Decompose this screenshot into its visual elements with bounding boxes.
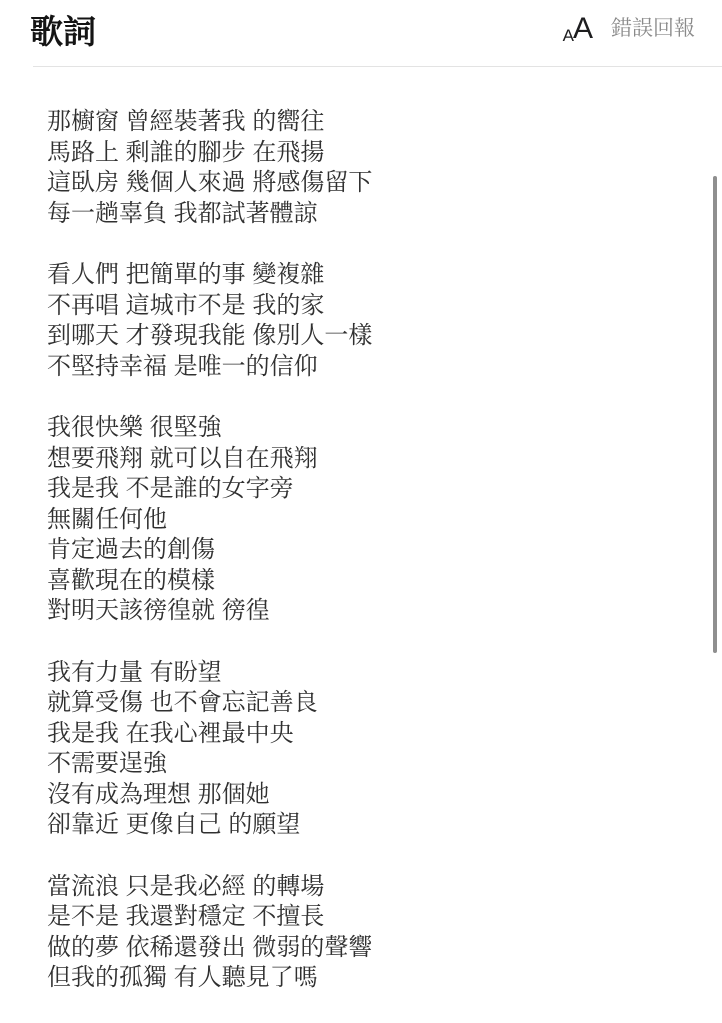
lyric-line: 每一趟辜負 我都試著體諒 (47, 199, 372, 230)
lyric-line: 沒有成為理想 那個她 (47, 780, 372, 811)
header-actions: A A 錯誤回報 (563, 14, 695, 44)
stanza: 我很快樂 很堅強想要飛翔 就可以自在飛翔我是我 不是誰的女字旁無關任何他肯定過去… (47, 413, 372, 627)
lyric-line: 看人們 把簡單的事 變複雜 (47, 260, 372, 291)
lyric-line: 喜歡現在的模樣 (47, 566, 372, 597)
text-size-icon[interactable]: A A (563, 14, 593, 44)
text-size-icon-large-a: A (573, 14, 593, 44)
header-divider (33, 66, 722, 67)
lyrics-screen: 歌詞 A A 錯誤回報 那櫥窗 曾經裝著我 的嚮往馬路上 剩誰的腳步 在飛揚這臥… (0, 0, 722, 1023)
lyric-line: 是不是 我還對穩定 不擅長 (47, 902, 372, 933)
error-report-link[interactable]: 錯誤回報 (611, 14, 695, 44)
scrollbar-thumb[interactable] (713, 176, 717, 653)
lyric-line: 想要飛翔 就可以自在飛翔 (47, 444, 372, 475)
lyric-line: 對明天該徬徨就 徬徨 (47, 596, 372, 627)
stanza: 那櫥窗 曾經裝著我 的嚮往馬路上 剩誰的腳步 在飛揚這臥房 幾個人來過 將感傷留… (47, 107, 372, 229)
lyric-line: 卻靠近 更像自己 的願望 (47, 810, 372, 841)
lyric-line: 不需要逞強 (47, 749, 372, 780)
lyric-line: 無關任何他 (47, 505, 372, 536)
lyric-line: 到哪天 才發現我能 像別人一樣 (47, 321, 372, 352)
lyric-line: 當流浪 只是我必經 的轉場 (47, 872, 372, 903)
lyric-line: 我很快樂 很堅強 (47, 413, 372, 444)
page-title: 歌詞 (30, 12, 96, 52)
stanza: 當流浪 只是我必經 的轉場是不是 我還對穩定 不擅長做的夢 依稀還發出 微弱的聲… (47, 872, 372, 994)
lyric-line: 不堅持幸福 是唯一的信仰 (47, 352, 372, 383)
lyric-line: 那櫥窗 曾經裝著我 的嚮往 (47, 107, 372, 138)
lyric-line: 我是我 在我心裡最中央 (47, 719, 372, 750)
lyric-line: 做的夢 依稀還發出 微弱的聲響 (47, 933, 372, 964)
stanza: 看人們 把簡單的事 變複雜不再唱 這城市不是 我的家到哪天 才發現我能 像別人一… (47, 260, 372, 382)
lyric-line: 馬路上 剩誰的腳步 在飛揚 (47, 138, 372, 169)
lyric-line: 我是我 不是誰的女字旁 (47, 474, 372, 505)
lyric-line: 這臥房 幾個人來過 將感傷留下 (47, 168, 372, 199)
lyric-line: 但我的孤獨 有人聽見了嗎 (47, 963, 372, 994)
lyric-line: 肯定過去的創傷 (47, 535, 372, 566)
lyric-line: 就算受傷 也不會忘記善良 (47, 688, 372, 719)
lyrics-container: 那櫥窗 曾經裝著我 的嚮往馬路上 剩誰的腳步 在飛揚這臥房 幾個人來過 將感傷留… (47, 107, 372, 994)
lyric-line: 不再唱 這城市不是 我的家 (47, 291, 372, 322)
stanza: 我有力量 有盼望就算受傷 也不會忘記善良我是我 在我心裡最中央不需要逞強沒有成為… (47, 658, 372, 841)
lyric-line: 我有力量 有盼望 (47, 658, 372, 689)
